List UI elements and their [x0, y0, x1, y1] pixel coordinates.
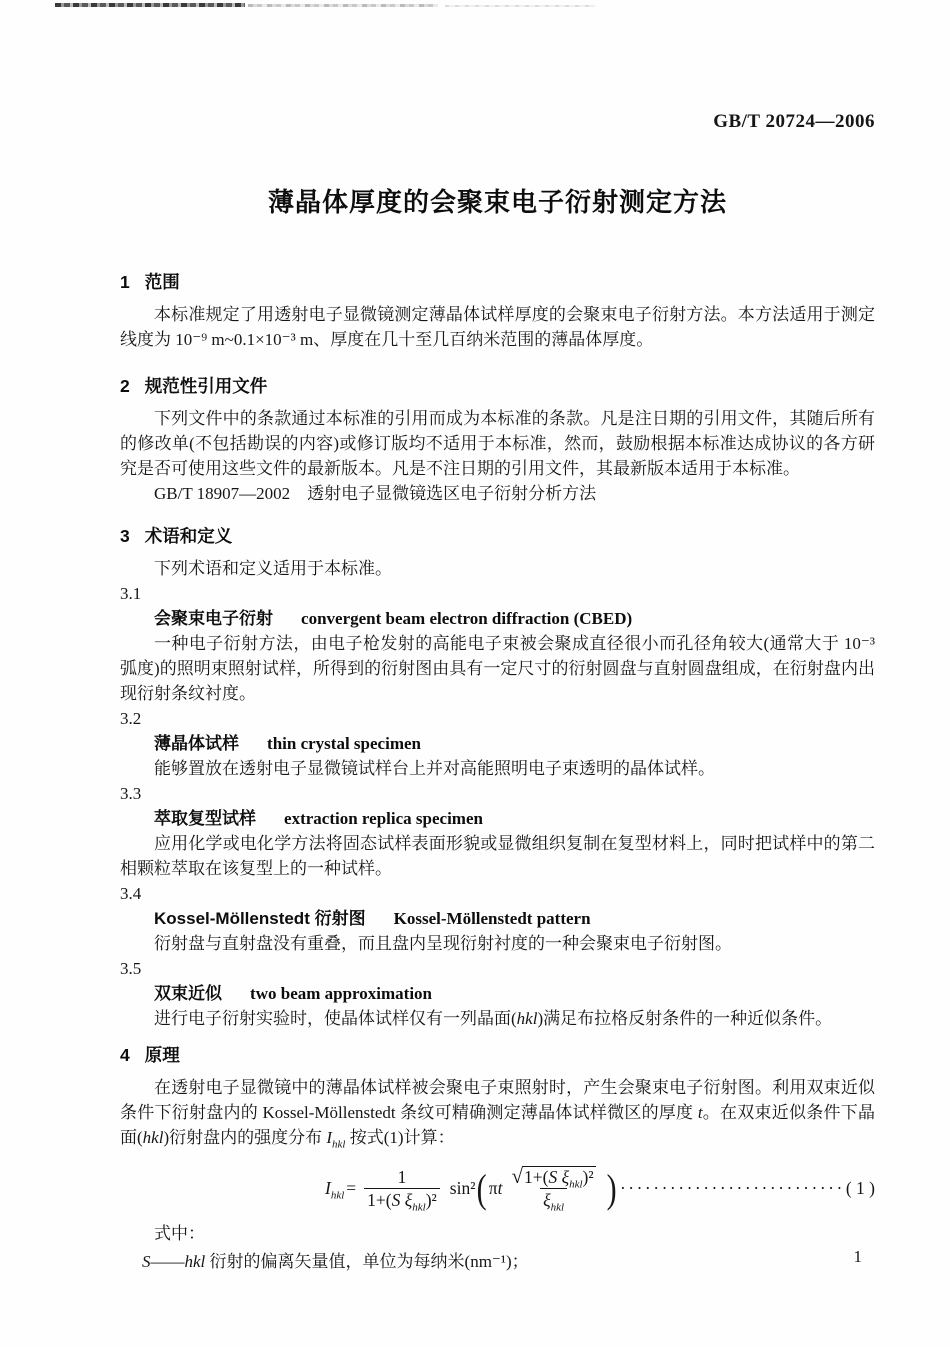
- section-number: 1: [120, 270, 130, 295]
- where-clause-S: S——hkl 衍射的偏离矢量值，单位为每纳米(nm⁻¹)；: [142, 1249, 875, 1274]
- term-english: two beam approximation: [250, 984, 432, 1003]
- scope-paragraph: 本标准规定了用透射电子显微镜测定薄晶体试样厚度的会聚束电子衍射方法。本方法适用于…: [120, 302, 875, 352]
- equation-1: Ihkl = 1 1+(S ξhkl)² sin² ( πt √1+(S ξhk…: [120, 1166, 875, 1211]
- sqrt-fraction: √1+(S ξhkl)² ξhkl: [508, 1166, 598, 1211]
- sin-squared: sin²: [450, 1176, 476, 1201]
- pi-t: πt: [489, 1176, 503, 1201]
- term-definition: 衍射盘与直射盘没有重叠，而且盘内呈现衍射衬度的一种会聚束电子衍射图。: [120, 931, 875, 956]
- page-number: 1: [854, 1244, 863, 1269]
- scan-artifact-line: [445, 5, 595, 7]
- page-content: GB/T 20724—2006 薄晶体厚度的会聚束电子衍射测定方法 1 范围 本…: [0, 109, 950, 1274]
- term-definition: 应用化学或电化学方法将固态试样表面形貌或显微组织复制在复型材料上，同时把试样中的…: [120, 831, 875, 881]
- term-english: thin crystal specimen: [267, 734, 421, 753]
- section-title: 规范性引用文件: [145, 374, 268, 399]
- dash: ——: [151, 1252, 185, 1271]
- normative-paragraph: 下列文件中的条款通过本标准的引用而成为本标准的条款。凡是注日期的引用文件，其随后…: [120, 406, 875, 481]
- term-chinese: 双束近似: [154, 984, 222, 1003]
- section-4-heading: 4 原理: [120, 1043, 875, 1068]
- scan-artifact-line: [248, 4, 438, 7]
- dots-leader: ········································…: [620, 1176, 844, 1201]
- variable-hkl: hkl: [143, 1128, 164, 1147]
- term-title: Kossel-Möllenstedt 衍射图 Kossel-Möllensted…: [120, 906, 875, 931]
- term-number: 3.4: [120, 881, 875, 906]
- standard-code: GB/T 20724—2006: [120, 109, 875, 134]
- variable-hkl: hkl: [517, 1009, 538, 1028]
- variable-S: S: [142, 1252, 151, 1271]
- section-title: 原理: [145, 1043, 180, 1068]
- equals-sign: =: [346, 1176, 356, 1201]
- term-chinese: Kossel-Möllenstedt 衍射图: [154, 909, 366, 928]
- right-paren: ): [606, 1169, 616, 1209]
- term-title: 萃取复型试样 extraction replica specimen: [120, 806, 875, 831]
- section-number: 2: [120, 374, 130, 399]
- term-number: 3.1: [120, 581, 875, 606]
- principle-paragraph: 在透射电子显微镜中的薄晶体试样被会聚电子束照射时，产生会聚束电子衍射图。利用双束…: [120, 1075, 875, 1150]
- where-label: 式中：: [120, 1221, 875, 1246]
- term-english: extraction replica specimen: [284, 809, 483, 828]
- scan-artifact-line: [55, 3, 245, 7]
- section-title: 术语和定义: [145, 524, 233, 549]
- section-number: 4: [120, 1043, 130, 1068]
- document-page: GB/T 20724—2006 薄晶体厚度的会聚束电子衍射测定方法 1 范围 本…: [0, 0, 950, 1347]
- term-definition: 进行电子衍射实验时，使晶体试样仅有一列晶面(hkl)满足布拉格反射条件的一种近似…: [120, 1006, 875, 1031]
- term-english: Kossel-Möllenstedt pattern: [394, 909, 591, 928]
- equation-lhs: Ihkl: [325, 1176, 344, 1201]
- equation-number: ( 1 ): [846, 1176, 875, 1201]
- section-2-heading: 2 规范性引用文件: [120, 374, 875, 399]
- normative-reference: GB/T 18907—2002 透射电子显微镜选区电子衍射分析方法: [120, 481, 875, 506]
- term-number: 3.2: [120, 706, 875, 731]
- left-paren: (: [477, 1169, 487, 1209]
- term-title: 双束近似 two beam approximation: [120, 981, 875, 1006]
- term-number: 3.5: [120, 956, 875, 981]
- section-1-heading: 1 范围: [120, 270, 875, 295]
- variable-hkl: hkl: [185, 1252, 206, 1271]
- section-number: 3: [120, 524, 130, 549]
- term-chinese: 薄晶体试样: [154, 734, 239, 753]
- fraction: 1 1+(S ξhkl)²: [364, 1167, 440, 1211]
- term-definition: 一种电子衍射方法，由电子枪发射的高能电子束被会聚成直径很小而孔径角较大(通常大于…: [120, 631, 875, 706]
- terms-intro: 下列术语和定义适用于本标准。: [120, 556, 875, 581]
- term-chinese: 会聚束电子衍射: [154, 609, 273, 628]
- section-3-heading: 3 术语和定义: [120, 524, 875, 549]
- term-definition: 能够置放在透射电子显微镜试样台上并对高能照明电子束透明的晶体试样。: [120, 756, 875, 781]
- term-chinese: 萃取复型试样: [154, 809, 256, 828]
- document-title: 薄晶体厚度的会聚束电子衍射测定方法: [120, 190, 875, 215]
- term-title: 会聚束电子衍射 convergent beam electron diffrac…: [120, 606, 875, 631]
- term-number: 3.3: [120, 781, 875, 806]
- section-title: 范围: [145, 270, 180, 295]
- term-english: convergent beam electron diffraction (CB…: [301, 609, 632, 628]
- term-title: 薄晶体试样 thin crystal specimen: [120, 731, 875, 756]
